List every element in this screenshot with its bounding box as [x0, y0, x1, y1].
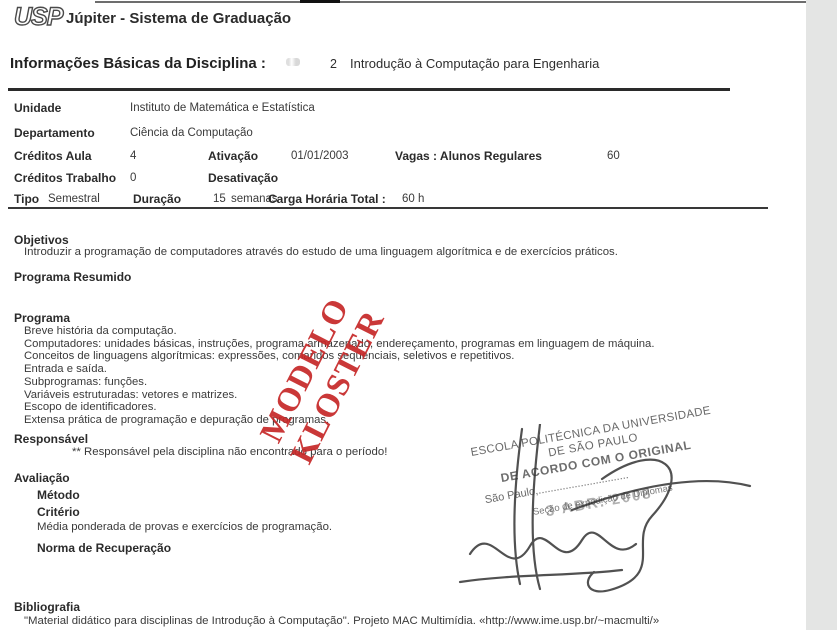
- app-title: Júpiter - Sistema de Graduação: [66, 10, 291, 27]
- field-ativacao-value: 01/01/2003: [291, 150, 349, 162]
- scan-page-edge: [806, 0, 837, 630]
- field-creditos-aula-label: Créditos Aula: [14, 149, 92, 163]
- field-creditos-trabalho-value: 0: [130, 172, 136, 184]
- bibliografia-text: "Material didático para disciplinas de I…: [24, 615, 659, 627]
- field-duracao-label: Duração: [133, 192, 181, 206]
- course-name: Introdução à Computação para Engenharia: [350, 56, 599, 71]
- section-programa-resumido-title: Programa Resumido: [14, 270, 131, 284]
- avaliacao-metodo-label: Método: [37, 488, 80, 502]
- field-unidade-value: Instituto de Matemática e Estatística: [130, 102, 315, 114]
- responsavel-note: ** Responsável pela disciplina não encon…: [72, 446, 387, 458]
- field-departamento-label: Departamento: [14, 126, 95, 140]
- scan-edge-dash: [300, 0, 340, 3]
- section-avaliacao-title: Avaliação: [14, 471, 70, 485]
- field-unidade-label: Unidade: [14, 101, 61, 115]
- avaliacao-criterio-text: Média ponderada de provas e exercícios d…: [37, 521, 332, 533]
- section-objetivos-title: Objetivos: [14, 233, 69, 247]
- field-creditos-trabalho-label: Créditos Trabalho: [14, 171, 116, 185]
- section-bibliografia-title: Bibliografia: [14, 600, 80, 614]
- field-tipo-value: Semestral: [48, 193, 100, 205]
- usp-logo-icon: USP: [13, 3, 67, 36]
- scan-smudge: [286, 58, 300, 66]
- field-departamento-value: Ciência da Computação: [130, 127, 253, 139]
- field-duracao-value: 15: [213, 193, 226, 205]
- field-carga-horaria-label: Carga Horária Total :: [268, 192, 386, 206]
- field-vagas-value: 60: [607, 150, 620, 162]
- field-creditos-aula-value: 4: [130, 150, 136, 162]
- field-desativacao-label: Desativação: [208, 171, 278, 185]
- avaliacao-criterio-label: Critério: [37, 505, 80, 519]
- signature-icon: [452, 424, 752, 604]
- field-ativacao-label: Ativação: [208, 149, 258, 163]
- scan-edge-line: [95, 1, 837, 3]
- divider-thick: [8, 88, 730, 91]
- divider-thin: [8, 207, 768, 209]
- document-page: USP Júpiter - Sistema de Graduação Infor…: [0, 0, 837, 630]
- objetivos-text: Introduzir a programação de computadores…: [24, 246, 618, 258]
- avaliacao-recuperacao-label: Norma de Recuperação: [37, 541, 171, 555]
- field-vagas-label: Vagas : Alunos Regulares: [395, 149, 542, 163]
- course-number: 2: [330, 57, 337, 71]
- field-carga-horaria-value: 60 h: [402, 193, 424, 205]
- page-title: Informações Básicas da Disciplina :: [10, 55, 266, 72]
- section-responsavel-title: Responsável: [14, 432, 88, 446]
- field-tipo-label: Tipo: [14, 192, 39, 206]
- section-programa-title: Programa: [14, 311, 70, 325]
- svg-text:USP: USP: [14, 3, 64, 31]
